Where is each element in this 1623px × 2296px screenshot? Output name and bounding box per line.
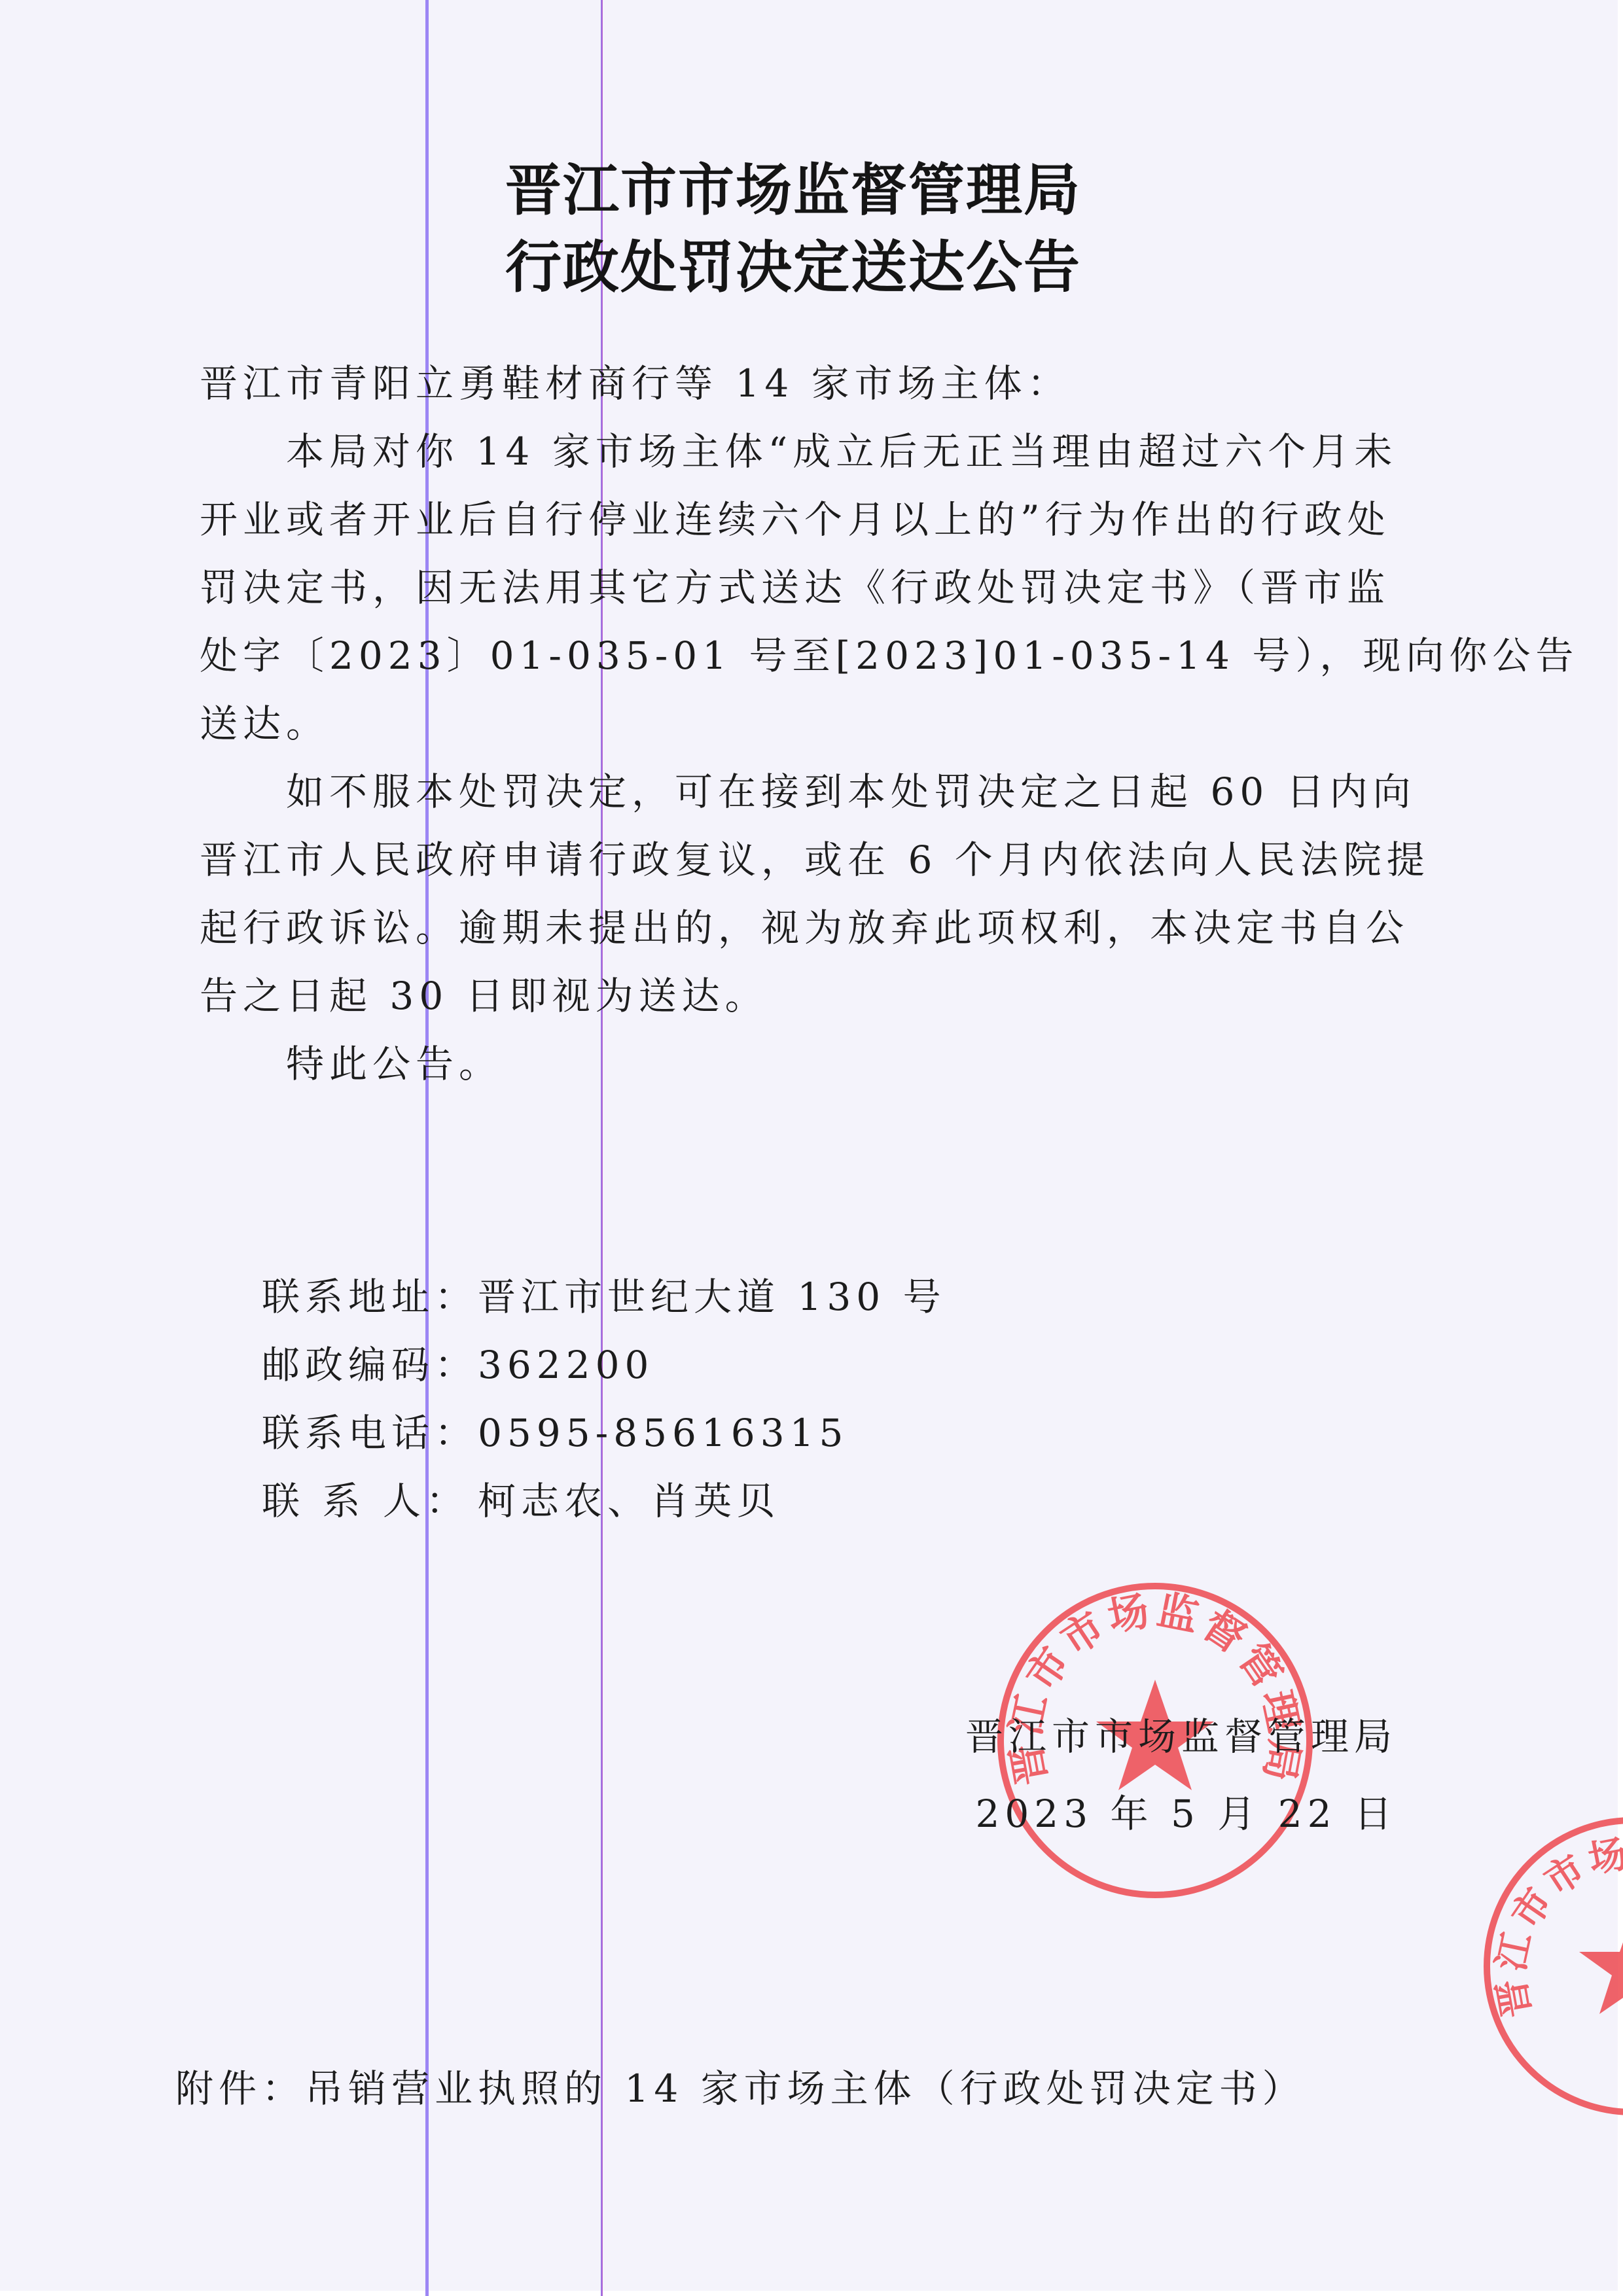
contact-postcode: 邮政编码：362200 (262, 1331, 946, 1399)
contact-postcode-value: 362200 (478, 1343, 654, 1387)
scan-binding-line (425, 0, 429, 2296)
paragraph-2-line: 晋江市人民政府申请行政复议，或在 6 个月内依法向人民法院提 (200, 826, 1423, 894)
document-title: 晋江市市场监督管理局 行政处罚决定送达公告 (0, 152, 1623, 306)
paragraph-1-line: 开业或者开业后自行停业连续六个月以上的”行为作出的行政处 (200, 486, 1423, 554)
paragraph-1-line: 送达。 (200, 690, 1423, 758)
signature-organization: 晋江市市场监督管理局 (965, 1698, 1397, 1775)
contact-phone-label: 联系电话： (262, 1399, 478, 1467)
addressee: 晋江市青阳立勇鞋材商行等 14 家市场主体： (200, 349, 1423, 417)
contact-address-label: 联系地址： (262, 1263, 478, 1331)
contact-phone-value: 0595-85616315 (478, 1411, 848, 1455)
svg-text:晋江市市场监督管理局: 晋江市市场监督管理局 (1488, 1830, 1623, 2021)
paragraph-1-line: 处字〔2023〕01-035-01 号至[2023]01-035-14 号），现… (200, 622, 1423, 690)
page-edge (0, 2291, 1623, 2296)
contact-address-value: 晋江市世纪大道 130 号 (478, 1275, 946, 1319)
contact-person-value: 柯志农、肖英贝 (478, 1479, 780, 1523)
contact-phone: 联系电话：0595-85616315 (262, 1399, 946, 1467)
title-line-2: 行政处罚决定送达公告 (505, 229, 1160, 306)
paragraph-1-line: 罚决定书，因无法用其它方式送达《行政处罚决定书》（晋市监 (200, 554, 1423, 622)
title-line-1: 晋江市市场监督管理局 (505, 152, 1160, 229)
contact-person-label: 联 系 人： (262, 1467, 478, 1535)
contact-postcode-label: 邮政编码： (262, 1331, 478, 1399)
attachment-note: 附件：吊销营业执照的 14 家市场主体（行政处罚决定书） (175, 2055, 1306, 2123)
paragraph-2-line: 告之日起 30 日即视为送达。 (200, 962, 1423, 1030)
contact-address: 联系地址：晋江市世纪大道 130 号 (262, 1263, 946, 1331)
document-body: 晋江市青阳立勇鞋材商行等 14 家市场主体： 本局对你 14 家市场主体“成立后… (200, 349, 1423, 1098)
partial-seal-icon: 晋江市市场监督管理局 (1482, 1816, 1623, 2117)
paragraph-1-line: 本局对你 14 家市场主体“成立后无正当理由超过六个月未 (200, 417, 1423, 486)
contact-block: 联系地址：晋江市世纪大道 130 号 邮政编码：362200 联系电话：0595… (262, 1263, 946, 1535)
paragraph-2-line: 起行政诉讼。逾期未提出的，视为放弃此项权利，本决定书自公 (200, 894, 1423, 962)
scan-binding-line (601, 0, 603, 2296)
paragraph-2-line: 如不服本处罚决定，可在接到本处罚决定之日起 60 日内向 (200, 758, 1423, 826)
signature-block: 晋江市市场监督管理局 2023 年 5 月 22 日 (965, 1698, 1397, 1852)
closing-statement: 特此公告。 (200, 1030, 1423, 1098)
contact-person: 联 系 人：柯志农、肖英贝 (262, 1467, 946, 1535)
signature-date: 2023 年 5 月 22 日 (965, 1775, 1397, 1852)
